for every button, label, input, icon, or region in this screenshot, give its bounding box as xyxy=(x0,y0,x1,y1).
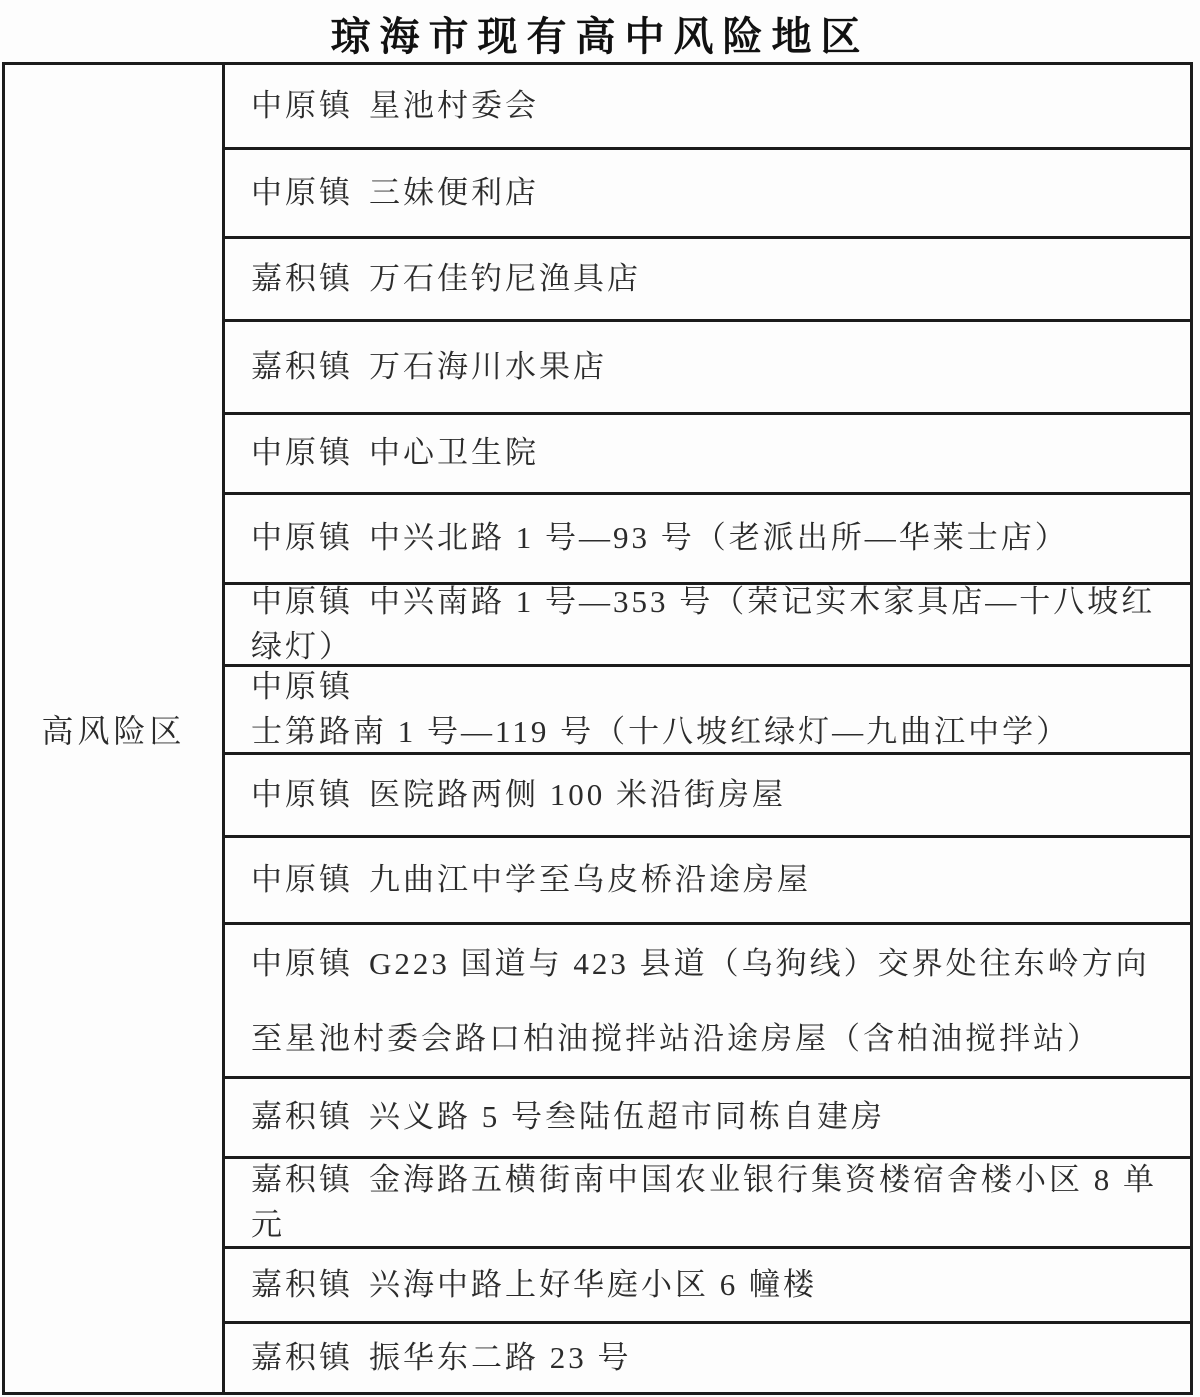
row-text: 嘉积镇振华东二路 23 号 xyxy=(251,1336,632,1381)
location-label: 兴义路 5 号叁陆伍超市同栋自建房 xyxy=(369,1099,885,1134)
table-row: 嘉积镇万石佳钓尼渔具店 xyxy=(225,239,1190,322)
risk-category-label: 高风险区 xyxy=(41,706,185,752)
table-row: 中原镇三妹便利店 xyxy=(225,150,1190,239)
row-text: 嘉积镇兴海中路上好华庭小区 6 幢楼 xyxy=(251,1263,817,1308)
row-text: 嘉积镇兴义路 5 号叁陆伍超市同栋自建房 xyxy=(251,1095,885,1140)
town-label: 嘉积镇 xyxy=(251,1267,353,1302)
row-text: 中原镇中兴北路 1 号—93 号（老派出所—华莱士店） xyxy=(251,516,1069,561)
town-label: 中原镇 xyxy=(251,584,353,619)
row-text: 中原镇医院路两侧 100 米沿街房屋 xyxy=(251,773,786,818)
row-text: 嘉积镇万石佳钓尼渔具店 xyxy=(251,257,641,302)
location-label: 三妹便利店 xyxy=(369,175,539,210)
town-label: 中原镇 xyxy=(251,435,353,470)
row-text: 中原镇中兴南路 1 号—353 号（荣记实木家具店—十八坡红绿灯） xyxy=(251,580,1180,670)
table-row: 嘉积镇金海路五横街南中国农业银行集资楼宿舍楼小区 8 单元 xyxy=(225,1159,1190,1249)
table-row: 嘉积镇兴海中路上好华庭小区 6 幢楼 xyxy=(225,1249,1190,1324)
town-label: 中原镇 xyxy=(251,669,353,704)
location-label: 金海路五横街南中国农业银行集资楼宿舍楼小区 8 单元 xyxy=(251,1162,1157,1242)
table-row: 中原镇G223 国道与 423 县道（乌狗线）交界处往东岭方向至星池村委会路口柏… xyxy=(225,925,1190,1079)
town-label: 嘉积镇 xyxy=(251,349,353,384)
row-text: 中原镇士第路南 1 号—119 号（十八坡红绿灯—九曲江中学） xyxy=(251,665,1180,755)
table-row: 嘉积镇万石海川水果店 xyxy=(225,322,1190,415)
town-label: 嘉积镇 xyxy=(251,1162,353,1197)
location-label: 振华东二路 23 号 xyxy=(369,1340,632,1375)
location-label: 万石海川水果店 xyxy=(369,349,607,384)
risk-category-cell: 高风险区 xyxy=(5,65,225,1392)
page-title: 琼海市现有高中风险地区 xyxy=(0,0,1200,62)
location-label: 兴海中路上好华庭小区 6 幢楼 xyxy=(369,1267,817,1302)
location-label: 星池村委会 xyxy=(369,88,539,123)
town-label: 中原镇 xyxy=(251,946,353,981)
row-text: 中原镇中心卫生院 xyxy=(251,431,539,476)
row-text: 嘉积镇万石海川水果店 xyxy=(251,345,607,390)
town-label: 嘉积镇 xyxy=(251,1340,353,1375)
risk-table: 高风险区 中原镇星池村委会 中原镇三妹便利店 嘉积镇万石佳钓尼渔具店 嘉积镇万石… xyxy=(2,62,1193,1395)
location-label: G223 国道与 423 县道（乌狗线）交界处往东岭方向至星池村委会路口柏油搅拌… xyxy=(251,946,1150,1056)
row-text: 中原镇G223 国道与 423 县道（乌狗线）交界处往东岭方向至星池村委会路口柏… xyxy=(251,926,1180,1076)
table-row: 中原镇中心卫生院 xyxy=(225,415,1190,495)
town-label: 嘉积镇 xyxy=(251,1099,353,1134)
town-label: 嘉积镇 xyxy=(251,261,353,296)
table-row: 嘉积镇振华东二路 23 号 xyxy=(225,1324,1190,1393)
table-row: 中原镇中兴北路 1 号—93 号（老派出所—华莱士店） xyxy=(225,495,1190,585)
table-row: 中原镇中兴南路 1 号—353 号（荣记实木家具店—十八坡红绿灯） xyxy=(225,585,1190,667)
row-text: 中原镇九曲江中学至乌皮桥沿途房屋 xyxy=(251,858,811,903)
location-label: 九曲江中学至乌皮桥沿途房屋 xyxy=(369,862,811,897)
table-row: 中原镇星池村委会 xyxy=(225,65,1190,150)
page: 琼海市现有高中风险地区 高风险区 中原镇星池村委会 中原镇三妹便利店 嘉积镇万石… xyxy=(0,0,1200,1397)
table-row: 中原镇医院路两侧 100 米沿街房屋 xyxy=(225,755,1190,838)
location-label: 医院路两侧 100 米沿街房屋 xyxy=(369,777,786,812)
row-text: 嘉积镇金海路五横街南中国农业银行集资楼宿舍楼小区 8 单元 xyxy=(251,1158,1180,1248)
town-label: 中原镇 xyxy=(251,862,353,897)
table-row: 中原镇士第路南 1 号—119 号（十八坡红绿灯—九曲江中学） xyxy=(225,667,1190,755)
location-label: 中兴南路 1 号—353 号（荣记实木家具店—十八坡红绿灯） xyxy=(251,584,1155,664)
table-row: 嘉积镇兴义路 5 号叁陆伍超市同栋自建房 xyxy=(225,1079,1190,1159)
location-label: 中兴北路 1 号—93 号（老派出所—华莱士店） xyxy=(369,520,1069,555)
table-rows: 中原镇星池村委会 中原镇三妹便利店 嘉积镇万石佳钓尼渔具店 嘉积镇万石海川水果店… xyxy=(225,65,1190,1392)
row-text: 中原镇三妹便利店 xyxy=(251,171,539,216)
location-label: 中心卫生院 xyxy=(369,435,539,470)
town-label: 中原镇 xyxy=(251,88,353,123)
row-text: 中原镇星池村委会 xyxy=(251,84,539,129)
town-label: 中原镇 xyxy=(251,777,353,812)
town-label: 中原镇 xyxy=(251,175,353,210)
location-label: 士第路南 1 号—119 号（十八坡红绿灯—九曲江中学） xyxy=(251,714,1070,749)
location-label: 万石佳钓尼渔具店 xyxy=(369,261,641,296)
town-label: 中原镇 xyxy=(251,520,353,555)
table-row: 中原镇九曲江中学至乌皮桥沿途房屋 xyxy=(225,838,1190,925)
